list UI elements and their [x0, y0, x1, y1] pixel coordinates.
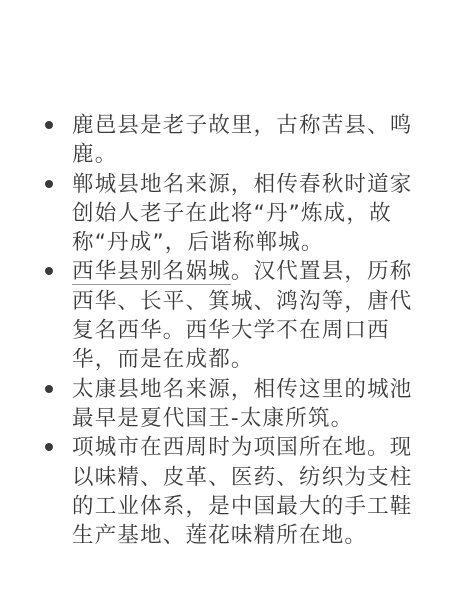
item-text: 太康县地名来源，相传这里的城池最早是夏代国王-太康所筑。 [72, 377, 413, 431]
list-item-xiangcheng: 项城市在西周时为项国所在地。现以味精、皮革、医药、纺织为支柱的工业体系，是中国最… [0, 433, 420, 550]
bullet-icon [45, 443, 53, 451]
bullet-icon [45, 180, 53, 188]
list-item-taikang: 太康县地名来源，相传这里的城池最早是夏代国王-太康所筑。 [0, 375, 420, 434]
bullet-icon [45, 267, 53, 275]
bullet-list: 鹿邑县是老子故里，古称苦县、鸣鹿。 郸城县地名来源，相传春秋时道家创始人老子在此… [0, 111, 459, 550]
item-text: 鹿邑县是老子故里，古称苦县、鸣鹿。 [72, 113, 413, 167]
list-item-luyi: 鹿邑县是老子故里，古称苦县、鸣鹿。 [0, 111, 420, 170]
list-item-dancheng: 郸城县地名来源，相传春秋时道家创始人老子在此将“丹”炼成，故称“丹成”，后谐称郸… [0, 170, 420, 258]
item-lead-link[interactable]: 西华县别名娲城 [72, 259, 231, 285]
item-text: 项城市在西周时为项国所在地。现以味精、皮革、医药、纺织为支柱的工业体系，是中国最… [72, 435, 413, 548]
item-text: 郸城县地名来源，相传春秋时道家创始人老子在此将“丹”炼成，故称“丹成”，后谐称郸… [72, 172, 413, 256]
bullet-icon [45, 385, 53, 393]
list-item-xihua: 西华县别名娲城。汉代置县，历称西华、长平、箕城、鸿沟等，唐代复名西华。西华大学不… [0, 257, 420, 374]
bullet-icon [45, 121, 53, 129]
